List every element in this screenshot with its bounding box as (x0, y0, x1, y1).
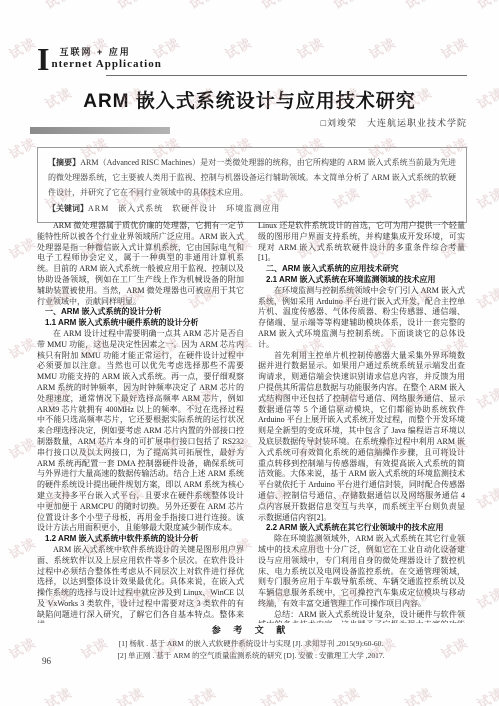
watermark-stamp: 试读 (437, 32, 471, 62)
references-section: 参 考 文 献 [1] 杨航 . 基于 ARM 的嵌入式软硬件系统设计与实现 [… (37, 624, 465, 661)
watermark-stamp: 试读 (473, 182, 499, 212)
paragraph: ARM 嵌入式系统中软件系统设计的关键是图形用户界面、系统软件以及上层应用软件等… (37, 545, 244, 623)
decorative-bar (30, 127, 170, 134)
watermark-stamp: 试读 (473, 382, 499, 412)
abstract-label: 【摘要】 (48, 158, 80, 167)
paragraph: 一、ARM 嵌入式系统的设计分析 (37, 307, 244, 318)
abstract-text: 【摘要】ARM（Advanced RISC Machines）是对一类微处理器的… (48, 155, 456, 200)
watermark-stamp: 试读 (329, 682, 363, 706)
watermark-stamp: 试读 (0, 0, 3, 13)
watermark-stamp: 试读 (0, 682, 3, 706)
paragraph: 在环境监测与控制系统领域中会专门引入 ARM 嵌入式系统，例如采用 Arduin… (258, 286, 465, 351)
watermark-stamp: 试读 (401, 0, 435, 13)
keywords-line: 【关键词】ARM 嵌入式系统 软硬件设计 环境监测应用 (48, 201, 456, 216)
journal-page: I 互联网 + 应用 nternet Application ARM 嵌入式系统… (0, 0, 499, 706)
masthead-en-label: nternet Application (51, 58, 161, 71)
watermark-stamp: 试读 (0, 382, 3, 412)
journal-masthead: I 互联网 + 应用 nternet Application (37, 44, 162, 74)
masthead-initial: I (37, 44, 49, 74)
masthead-cn-label: 互联网 + 应用 (51, 47, 161, 58)
watermark-stamp: 试读 (0, 582, 3, 612)
watermark-stamp: 试读 (5, 232, 39, 262)
watermark-stamp: 试读 (473, 682, 499, 706)
paragraph: 在 ARM 设计过程中需要明确一点其 ARM 芯片是否自带 MMU 功能，这也是… (37, 329, 244, 534)
watermark-stamp: 试读 (473, 582, 499, 612)
watermark-stamp: 试读 (185, 682, 219, 706)
paragraph: Linux 还是软件系统设计的首选，它可为用户提供一个轻量级的图形用户界面支持系… (258, 221, 465, 264)
watermark-stamp: 试读 (329, 0, 363, 13)
watermark-stamp: 试读 (0, 482, 3, 512)
watermark-stamp: 试读 (473, 482, 499, 512)
right-column: Linux 还是软件系统设计的首选，它可为用户提供一个轻量级的图形用户界面支持系… (258, 221, 465, 623)
watermark-stamp: 试读 (5, 532, 39, 562)
watermark-stamp: 试读 (401, 682, 435, 706)
watermark-stamp: 试读 (473, 282, 499, 312)
masthead-rule (106, 75, 467, 76)
watermark-stamp: 试读 (41, 682, 75, 706)
page-number: 96 (42, 656, 51, 666)
paragraph: 2.1 ARM 嵌入式系统在环境监测领域的技术应用 (258, 275, 465, 286)
left-column: ARM 微处理器属于质优价廉的处理器，它拥有一定节能特性所以被各个行业业界领域所… (37, 221, 244, 623)
body-columns: ARM 微处理器属于质优价廉的处理器，它拥有一定节能特性所以被各个行业业界领域所… (37, 221, 465, 623)
keywords-label: 【关键词】 (48, 204, 88, 213)
watermark-stamp: 试读 (221, 32, 255, 62)
paragraph: [1] 杨航 . 基于 ARM 的嵌入式软硬件系统设计与实现 [J]. 求知导刊… (37, 638, 465, 650)
references-list: [1] 杨航 . 基于 ARM 的嵌入式软硬件系统设计与实现 [J]. 求知导刊… (37, 638, 465, 661)
paragraph: 二、ARM 嵌入式系统的应用技术研究 (258, 264, 465, 275)
paragraph: 首先利用主控单片机控制传感器大量采集外界环境数据并进行数据显示。如果用户通过系统… (258, 351, 465, 524)
paragraph: [2] 单正刚 . 基于 ARM 的空气质量监测系统的研究 [D]. 安徽 : … (37, 650, 465, 662)
watermark-stamp: 试读 (113, 682, 147, 706)
watermark-stamp: 试读 (5, 432, 39, 462)
masthead-text: 互联网 + 应用 nternet Application (51, 44, 161, 71)
references-heading: 参 考 文 献 (37, 624, 465, 636)
watermark-stamp: 试读 (5, 132, 39, 162)
watermark-stamp: 试读 (0, 182, 3, 212)
watermark-stamp: 试读 (5, 632, 39, 662)
watermark-stamp: 试读 (365, 32, 399, 62)
watermark-stamp: 试读 (5, 32, 39, 62)
watermark-stamp: 试读 (0, 282, 3, 312)
paragraph: ARM 微处理器属于质优价廉的处理器，它拥有一定节能特性所以被各个行业业界领域所… (37, 221, 244, 307)
abstract-box: 【摘要】ARM（Advanced RISC Machines）是对一类微处理器的… (37, 147, 467, 223)
paragraph: 1.2 ARM 嵌入式系统中软件系统的设计分析 (37, 534, 244, 545)
watermark-stamp: 试读 (473, 0, 499, 13)
paragraph: 2.2 ARM 嵌入式系统在其它行业领域中的技术应用 (258, 523, 465, 534)
watermark-stamp: 试读 (293, 32, 327, 62)
watermark-stamp: 试读 (257, 0, 291, 13)
watermark-stamp: 试读 (185, 0, 219, 13)
watermark-stamp: 试读 (5, 332, 39, 362)
paragraph: 总结：ARM 嵌入式系统设计复杂，设计硬件与软件领域中的多点技术内容，这也赋予了… (258, 610, 465, 623)
watermark-stamp: 试读 (41, 0, 75, 13)
abstract-body: ARM（Advanced RISC Machines）是对一类微处理器的统称，由… (48, 158, 456, 197)
paragraph: 除在环境监测领域外，ARM 嵌入式系统在其它行业领域中的技术应用也十分广泛，例如… (258, 534, 465, 610)
watermark-stamp: 试读 (113, 0, 147, 13)
article-title: ARM 嵌入式系统设计与应用技术研究 (0, 86, 499, 113)
keywords-text: ARM 嵌入式系统 软硬件设计 环境监测应用 (88, 204, 280, 213)
author-line: □刘竣荣 大连航运职业技术学院 (321, 116, 467, 129)
watermark-stamp: 试读 (257, 682, 291, 706)
paragraph: 1.1 ARM 嵌入式系统中硬件系统的设计分析 (37, 318, 244, 329)
